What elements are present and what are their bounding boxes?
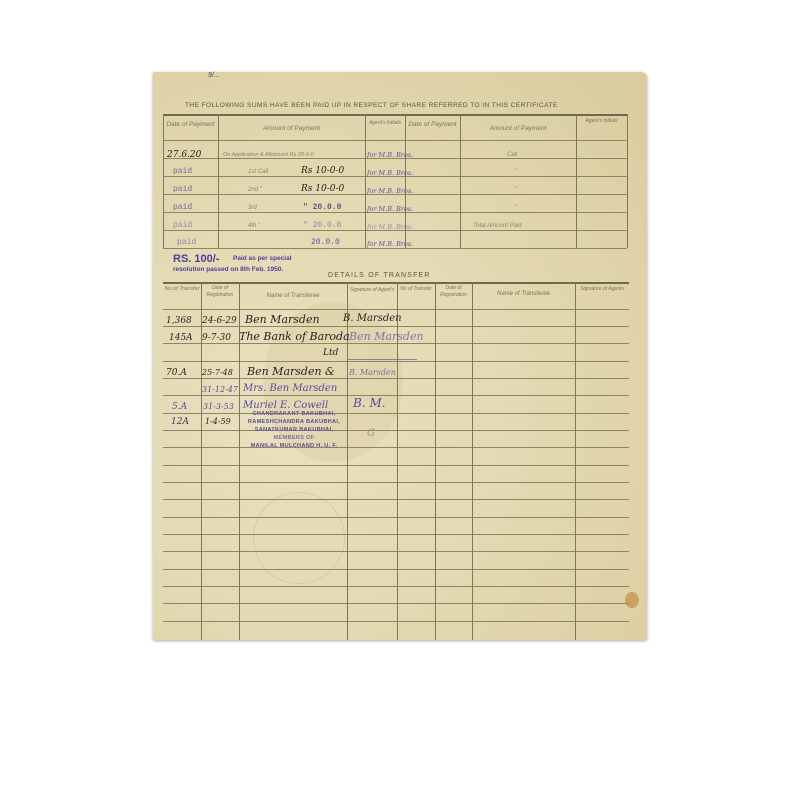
- payment-amount: " 20.0.0: [303, 221, 341, 230]
- transfer-no: 1,368: [166, 316, 192, 326]
- agent-initials: for M.B. Bros.: [367, 187, 413, 195]
- total-amount-paid-label: Total Amount Paid: [473, 223, 522, 229]
- payment-date: paid: [173, 221, 192, 230]
- transfer-no: 70.A: [166, 368, 187, 378]
- rule: [163, 430, 629, 431]
- transfer-no: 145A: [169, 333, 193, 343]
- agent-signature: Ben Marsden: [349, 330, 424, 343]
- rule: [163, 114, 627, 116]
- transfer-date: 1-4-59: [205, 417, 231, 426]
- payment-amount: Rs 10-0-0: [301, 166, 344, 176]
- transfer-date: 31-12-47: [202, 385, 238, 394]
- transferee-name-cont: Ltd: [323, 348, 338, 358]
- rule: [575, 282, 576, 640]
- transferee-name: Ben Marsden: [245, 313, 320, 326]
- payment-date: 27.6.20: [167, 150, 201, 160]
- rule: [163, 413, 629, 414]
- rule: [472, 282, 473, 640]
- rule: [163, 326, 629, 327]
- rule: [163, 551, 629, 552]
- transferee-name: Mrs. Ben Marsden: [243, 383, 337, 394]
- agent-signature: B. Marsden: [349, 368, 396, 377]
- agent-signature: B. M.: [353, 396, 386, 410]
- rule: [163, 499, 629, 500]
- header-no-of-transfer: No of Transfer: [163, 285, 201, 294]
- embossed-seal: [253, 492, 345, 584]
- rule: [163, 395, 629, 396]
- payment-date: paid: [173, 203, 192, 212]
- payment-label: On Application & Allotment Rs 20-0-0: [223, 152, 314, 158]
- payment-date: paid: [177, 238, 196, 247]
- transfer-date: 31-3-53: [203, 402, 234, 411]
- right-amount: ": [515, 205, 517, 211]
- header-agents-initials-2: Agent's Initials: [576, 118, 627, 125]
- rule: [163, 517, 629, 518]
- rule: [163, 586, 629, 587]
- header-signature-of-agents: Signature of Agent's: [347, 286, 397, 295]
- header-date-of-registration: Date of Registration: [201, 285, 239, 298]
- right-amount: Call: [507, 152, 517, 158]
- rule: [163, 248, 627, 249]
- payment-amount: 20.0.0: [311, 238, 340, 247]
- header-date-of-payment: Date of Payment: [163, 120, 218, 129]
- rule: [163, 569, 629, 570]
- rust-stain: [625, 592, 639, 608]
- stamp-line: SANATKUMAR BAKUBHAI,: [239, 426, 349, 434]
- header-date-of-registration-2: Date of Registration: [435, 285, 472, 298]
- rule: [163, 534, 629, 535]
- rs-100-stamp-line2: resolution passed on 8th Feb. 1950.: [173, 266, 283, 273]
- rs-100-stamp-amount: RS. 100/-: [173, 253, 219, 265]
- rule: [163, 114, 164, 248]
- payment-date: paid: [173, 185, 192, 194]
- rule: [163, 343, 629, 344]
- rule: [163, 361, 629, 362]
- agent-initials: for M.B. Bros.: [367, 169, 413, 177]
- agent-initial-mark: G: [367, 428, 375, 439]
- payment-label: 1st Call: [248, 169, 268, 175]
- agent-initials: for M.B. Bros.: [367, 151, 413, 159]
- payment-label: 4th ": [248, 223, 260, 229]
- transfer-date: 25-7-48: [202, 368, 233, 377]
- stamp-line: MANILAL MULCHAND H. U. F.: [239, 442, 349, 450]
- rule: [163, 621, 629, 622]
- payments-heading: THE FOLLOWING SUMS HAVE BEEN PAID UP IN …: [185, 102, 558, 109]
- agent-initials: for M.B. Bros.: [367, 223, 413, 231]
- agent-initials: for M.B. Bros.: [367, 240, 413, 248]
- huf-stamp: CHANDRAKANT BAKUBHAI, RAMESHCHANDRA BAKU…: [239, 410, 349, 450]
- rule: [627, 114, 628, 248]
- payment-label: 2nd ": [248, 187, 262, 193]
- rule: [163, 465, 629, 466]
- rule: [365, 114, 366, 248]
- header-name-of-transferee-2: Name of Transferee: [472, 290, 575, 299]
- rs-100-stamp-line1: Paid as per special: [233, 255, 292, 262]
- rule: [163, 309, 629, 310]
- payment-date: paid: [173, 167, 192, 176]
- rule: [576, 114, 577, 248]
- header-signature-of-agents-2: Signature of Agents: [575, 285, 629, 294]
- rule: [460, 114, 461, 248]
- transfer-date: 24-6-29: [202, 316, 237, 326]
- header-date-of-payment-2: Date of Payment: [405, 120, 460, 129]
- right-amount: ": [515, 187, 517, 193]
- agent-initials: for M.B. Bros.: [367, 205, 413, 213]
- header-amount-of-payment: Amount of Payment: [218, 124, 365, 133]
- transferee-name: The Bank of Baroda: [239, 330, 350, 343]
- signature-underline: [347, 359, 417, 360]
- rule: [163, 282, 629, 284]
- transferee-name: Ben Marsden &: [247, 365, 335, 378]
- right-amount: ": [515, 169, 517, 175]
- agent-signature: B. Marsden: [343, 313, 402, 324]
- rule: [163, 482, 629, 483]
- header-no-of-transfer-2: No of Transfer: [397, 285, 435, 294]
- header-amount-of-payment-2: Amount of Payment: [460, 124, 576, 133]
- rule: [163, 378, 629, 379]
- rule: [218, 114, 219, 248]
- stamp-line: CHANDRAKANT BAKUBHAI,: [239, 410, 349, 418]
- rule: [435, 282, 436, 640]
- rule: [163, 447, 629, 448]
- payment-amount: " 20.0.0: [303, 203, 341, 212]
- payment-label: 3rd: [248, 205, 257, 211]
- transfer-no: 5.A: [172, 402, 187, 412]
- rule: [163, 140, 627, 141]
- transfer-date: 9-7-30: [202, 333, 231, 343]
- corner-mark: 9/...: [208, 72, 220, 79]
- payment-amount: Rs 10-0-0: [301, 184, 344, 194]
- transfer-heading: DETAILS OF TRANSFER: [328, 272, 431, 279]
- header-agents-initials: Agent's Initials: [365, 120, 405, 127]
- stamp-line: RAMESHCHANDRA BAKUBHAI,: [239, 418, 349, 426]
- rule: [163, 603, 629, 604]
- share-certificate-page: 9/... THE FOLLOWING SUMS HAVE BEEN PAID …: [153, 72, 647, 640]
- stamp-line: MEMBERS OF: [239, 434, 349, 442]
- transfer-no: 12A: [171, 417, 189, 427]
- header-name-of-transferee: Name of Transferee: [239, 292, 347, 301]
